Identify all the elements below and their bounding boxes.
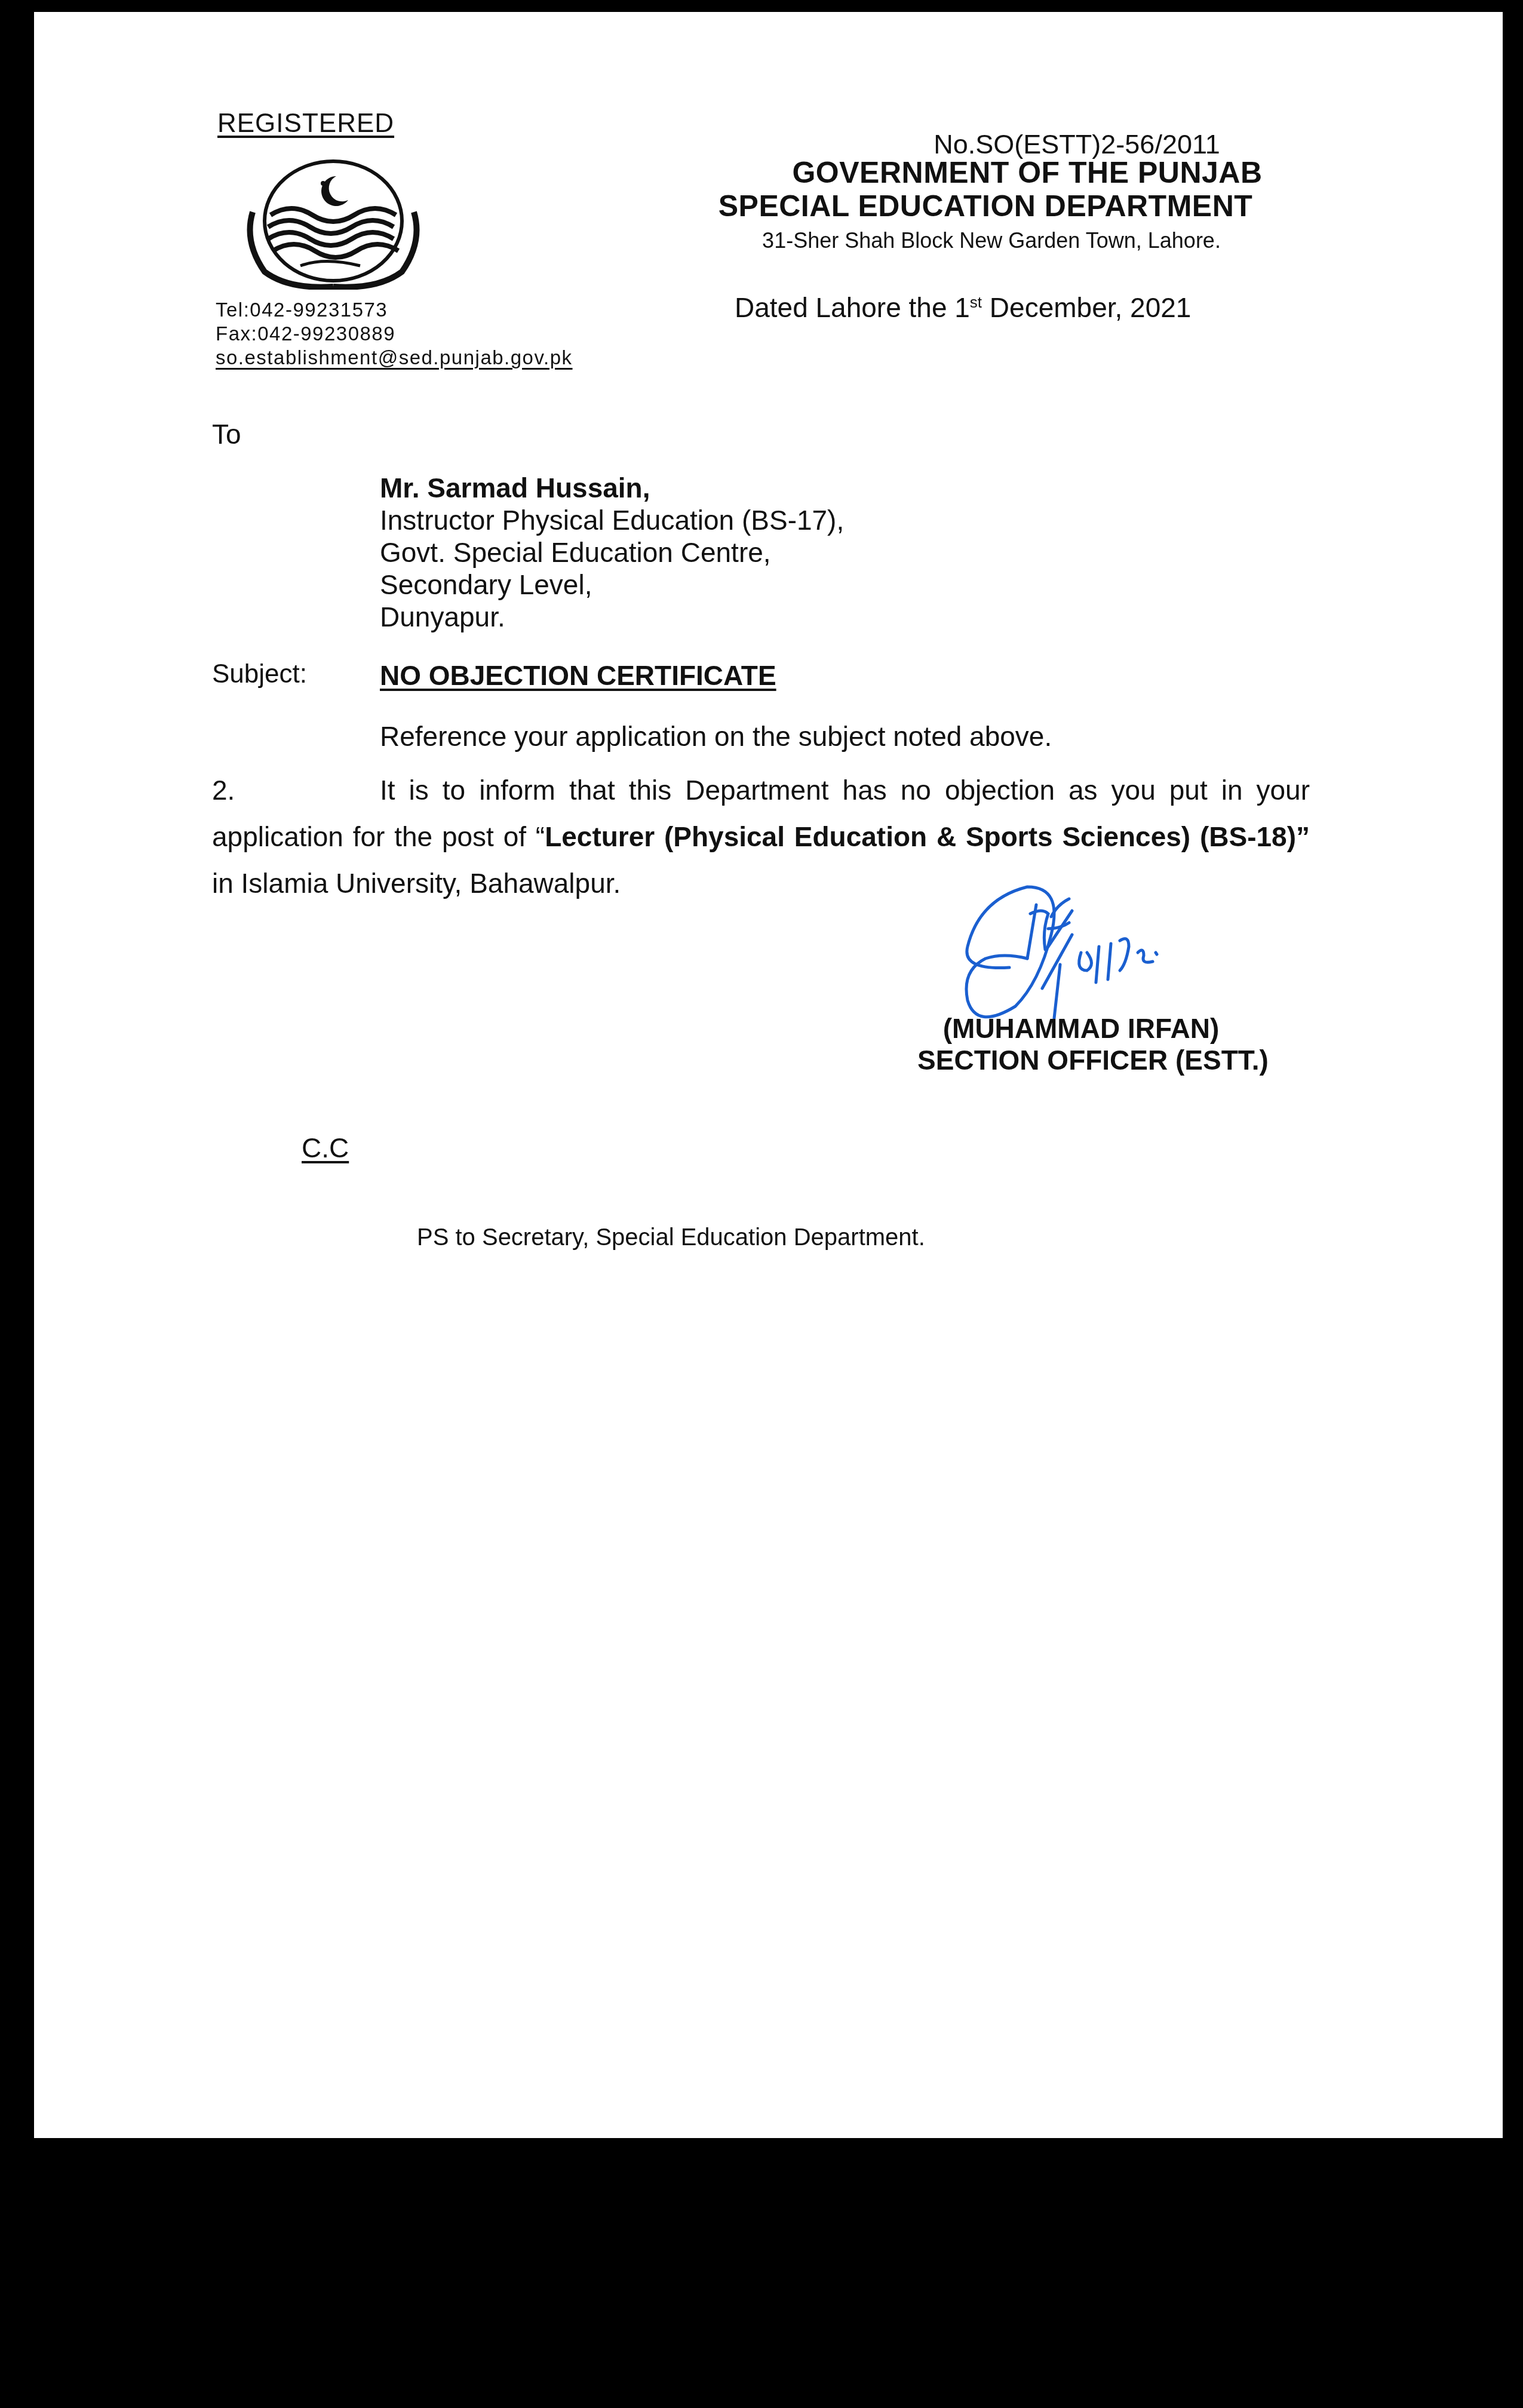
recipient-address: Mr. Sarmad Hussain, Instructor Physical … [380, 472, 844, 633]
recipient-line: Dunyapur. [380, 601, 844, 633]
recipient-line: Secondary Level, [380, 569, 844, 601]
recipient-name: Mr. Sarmad Hussain, [380, 472, 844, 504]
cc-recipient: PS to Secretary, Special Education Depar… [417, 1224, 925, 1251]
department-address: 31-Sher Shah Block New Garden Town, Laho… [693, 228, 1290, 253]
registered-label: REGISTERED [217, 109, 394, 139]
cc-label: C.C [302, 1132, 349, 1164]
letter-date: Dated Lahore the 1st December, 2021 [735, 291, 1191, 324]
email-link[interactable]: so.establishment@sed.punjab.gov.pk [216, 346, 573, 369]
subject-text: NO OBJECTION CERTIFICATE [380, 659, 776, 692]
signatory-title: SECTION OFFICER (ESTT.) [860, 1044, 1326, 1076]
recipient-line: Instructor Physical Education (BS-17), [380, 504, 844, 536]
tel-number: Tel:042-99231573 [216, 299, 388, 321]
fax-number: Fax:042-99230889 [216, 322, 395, 345]
paragraph-1: Reference your application on the subjec… [380, 720, 1052, 752]
signatory-name: (MUHAMMAD IRFAN) [902, 1012, 1260, 1045]
punjab-emblem-icon [229, 158, 438, 290]
government-heading: GOVERNMENT OF THE PUNJAB [729, 155, 1326, 190]
subject-label: Subject: [212, 659, 307, 689]
paragraph-2-number: 2. [212, 767, 380, 813]
recipient-line: Govt. Special Education Centre, [380, 536, 844, 569]
department-heading: SPECIAL EDUCATION DEPARTMENT [687, 189, 1284, 223]
to-label: To [212, 418, 241, 450]
